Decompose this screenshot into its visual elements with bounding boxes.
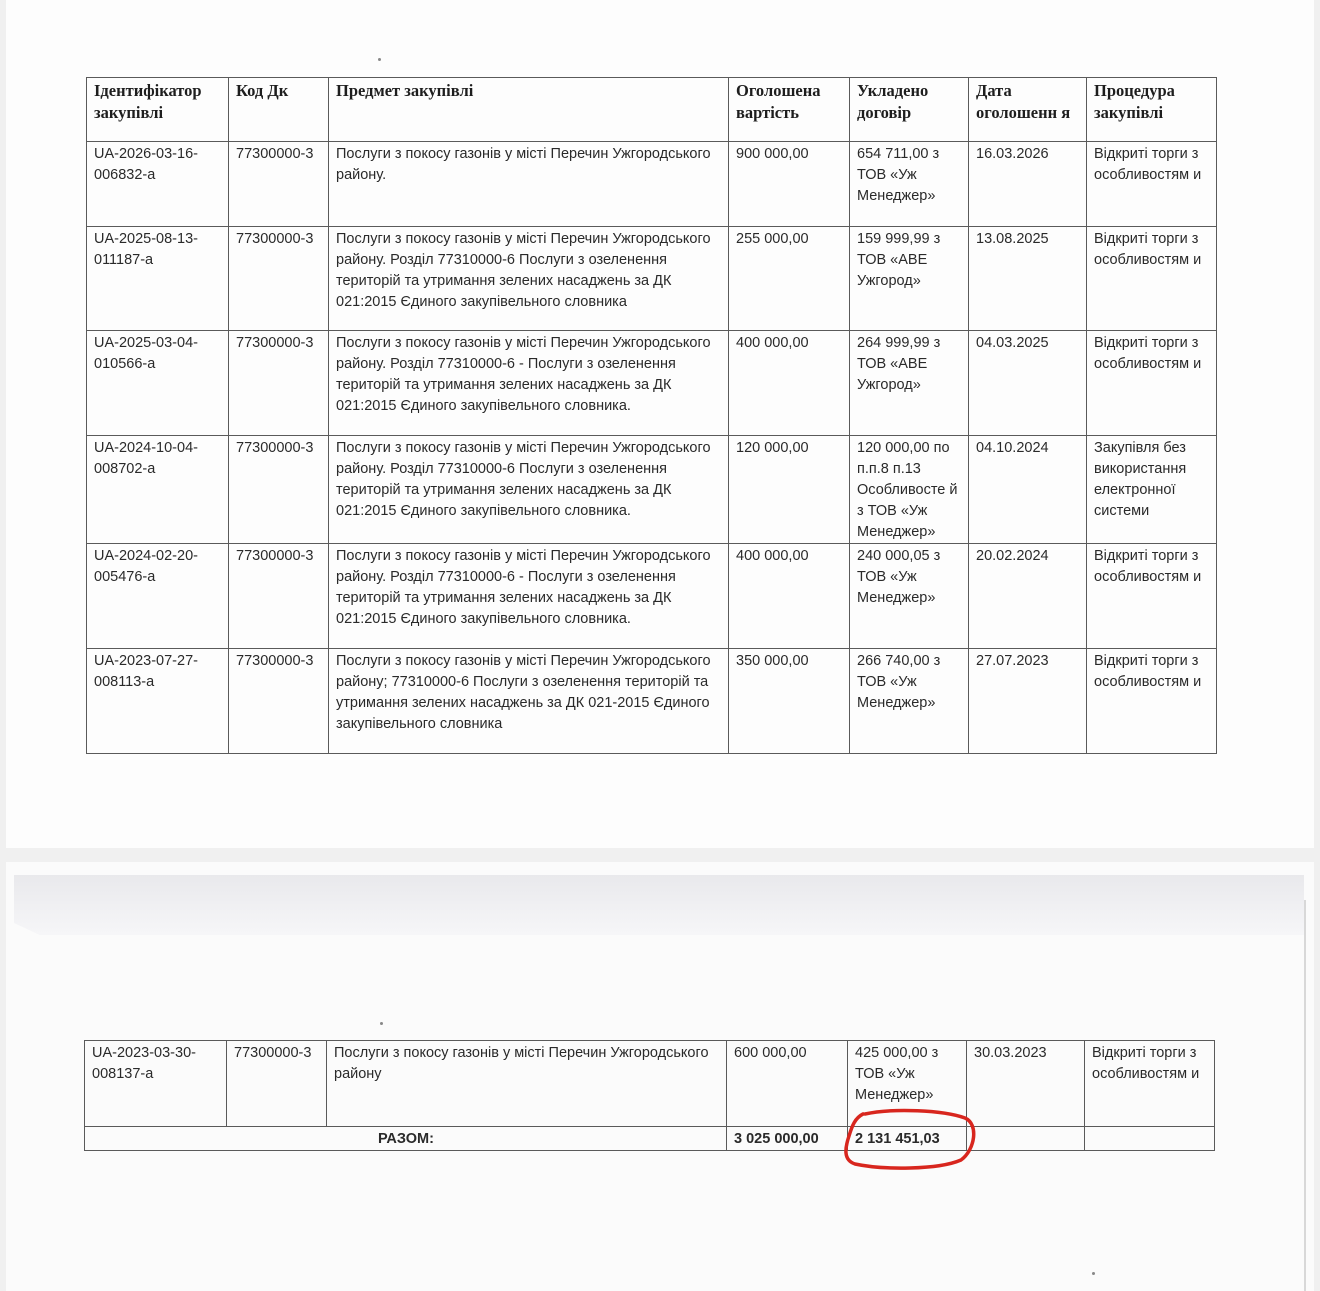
table-row: UA-2024-02-20-005476-a77300000-3Послуги … xyxy=(87,544,1217,649)
scan-speck xyxy=(380,1022,383,1025)
subject: Послуги з покосу газонів у місті Перечин… xyxy=(327,1041,727,1127)
table-row: UA-2023-03-30-008137-a 77300000-3 Послуг… xyxy=(85,1041,1215,1127)
announced-value: 255 000,00 xyxy=(729,227,850,331)
procurement-id: UA-2023-07-27-008113-a xyxy=(87,649,229,754)
header-dk-code: Код Дк xyxy=(229,78,329,142)
subject: Послуги з покосу газонів у місті Перечин… xyxy=(329,331,729,436)
subject: Послуги з покосу газонів у місті Перечин… xyxy=(329,142,729,227)
subject: Послуги з покосу газонів у місті Перечин… xyxy=(329,436,729,544)
contract: 266 740,00 з ТОВ «Уж Менеджер» xyxy=(850,649,969,754)
procurement-id: UA-2025-08-13-011187-a xyxy=(87,227,229,331)
dk-code: 77300000-3 xyxy=(229,227,329,331)
procurement-id: UA-2024-10-04-008702-a xyxy=(87,436,229,544)
dk-code: 77300000-3 xyxy=(229,142,329,227)
announced-value: 600 000,00 xyxy=(727,1041,848,1127)
subject: Послуги з покосу газонів у місті Перечин… xyxy=(329,544,729,649)
procedure: Відкриті торги з особливостям и xyxy=(1087,142,1217,227)
subject: Послуги з покосу газонів у місті Перечин… xyxy=(329,649,729,754)
table-row: UA-2023-07-27-008113-a77300000-3Послуги … xyxy=(87,649,1217,754)
total-label: РАЗОМ: xyxy=(85,1127,727,1151)
procurement-id: UA-2025-03-04-010566-a xyxy=(87,331,229,436)
announced-value: 120 000,00 xyxy=(729,436,850,544)
procurement-id: UA-2023-03-30-008137-a xyxy=(85,1041,227,1127)
page-edge xyxy=(1304,900,1306,1291)
header-procedure: Процедура закупівлі xyxy=(1087,78,1217,142)
procurement-id: UA-2026-03-16-006832-a xyxy=(87,142,229,227)
contract: 264 999,99 з ТОВ «АВЕ Ужгород» xyxy=(850,331,969,436)
page-fold-shadow xyxy=(14,875,1304,935)
announce-date: 20.02.2024 xyxy=(969,544,1087,649)
procedure: Відкриті торги з особливостям и xyxy=(1087,331,1217,436)
contract: 425 000,00 з ТОВ «Уж Менеджер» xyxy=(848,1041,967,1127)
table-row: UA-2025-03-04-010566-a77300000-3Послуги … xyxy=(87,331,1217,436)
announce-date: 04.10.2024 xyxy=(969,436,1087,544)
total-contract: 2 131 451,03 xyxy=(848,1127,967,1151)
procedure: Відкриті торги з особливостям и xyxy=(1087,227,1217,331)
announced-value: 400 000,00 xyxy=(729,544,850,649)
contract: 120 000,00 по п.п.8 п.13 Особливосте й з… xyxy=(850,436,969,544)
table-row: UA-2024-10-04-008702-a77300000-3Послуги … xyxy=(87,436,1217,544)
header-announce-date: Дата оголошенн я xyxy=(969,78,1087,142)
dk-code: 77300000-3 xyxy=(229,436,329,544)
procurement-id: UA-2024-02-20-005476-a xyxy=(87,544,229,649)
table-row: UA-2025-08-13-011187-a77300000-3Послуги … xyxy=(87,227,1217,331)
procedure: Відкриті торги з особливостям и xyxy=(1085,1041,1215,1127)
dk-code: 77300000-3 xyxy=(229,544,329,649)
procedure: Закупівля без використання електронної с… xyxy=(1087,436,1217,544)
announce-date: 13.08.2025 xyxy=(969,227,1087,331)
scan-speck xyxy=(378,58,381,61)
procedure: Відкриті торги з особливостям и xyxy=(1087,649,1217,754)
procurement-table-continued: UA-2023-03-30-008137-a 77300000-3 Послуг… xyxy=(84,1040,1215,1151)
procedure: Відкриті торги з особливостям и xyxy=(1087,544,1217,649)
header-contract: Укладено договір xyxy=(850,78,969,142)
header-procurement-id: Ідентифікатор закупівлі xyxy=(87,78,229,142)
announce-date: 30.03.2023 xyxy=(967,1041,1085,1127)
announce-date: 04.03.2025 xyxy=(969,331,1087,436)
announce-date: 27.07.2023 xyxy=(969,649,1087,754)
announced-value: 900 000,00 xyxy=(729,142,850,227)
dk-code: 77300000-3 xyxy=(229,331,329,436)
contract: 159 999,99 з ТОВ «АВЕ Ужгород» xyxy=(850,227,969,331)
contract: 240 000,05 з ТОВ «Уж Менеджер» xyxy=(850,544,969,649)
table-header-row: Ідентифікатор закупівлі Код Дк Предмет з… xyxy=(87,78,1217,142)
total-procedure-empty xyxy=(1085,1127,1215,1151)
total-row: РАЗОМ: 3 025 000,00 2 131 451,03 xyxy=(85,1127,1215,1151)
header-announced-value: Оголошена вартість xyxy=(729,78,850,142)
dk-code: 77300000-3 xyxy=(227,1041,327,1127)
scan-speck xyxy=(1092,1272,1095,1275)
subject: Послуги з покосу газонів у місті Перечин… xyxy=(329,227,729,331)
total-announced: 3 025 000,00 xyxy=(727,1127,848,1151)
total-date-empty xyxy=(967,1127,1085,1151)
header-subject: Предмет закупівлі xyxy=(329,78,729,142)
dk-code: 77300000-3 xyxy=(229,649,329,754)
announce-date: 16.03.2026 xyxy=(969,142,1087,227)
announced-value: 400 000,00 xyxy=(729,331,850,436)
announced-value: 350 000,00 xyxy=(729,649,850,754)
procurement-table: Ідентифікатор закупівлі Код Дк Предмет з… xyxy=(86,77,1217,754)
table-row: UA-2026-03-16-006832-a77300000-3Послуги … xyxy=(87,142,1217,227)
contract: 654 711,00 з ТОВ «Уж Менеджер» xyxy=(850,142,969,227)
